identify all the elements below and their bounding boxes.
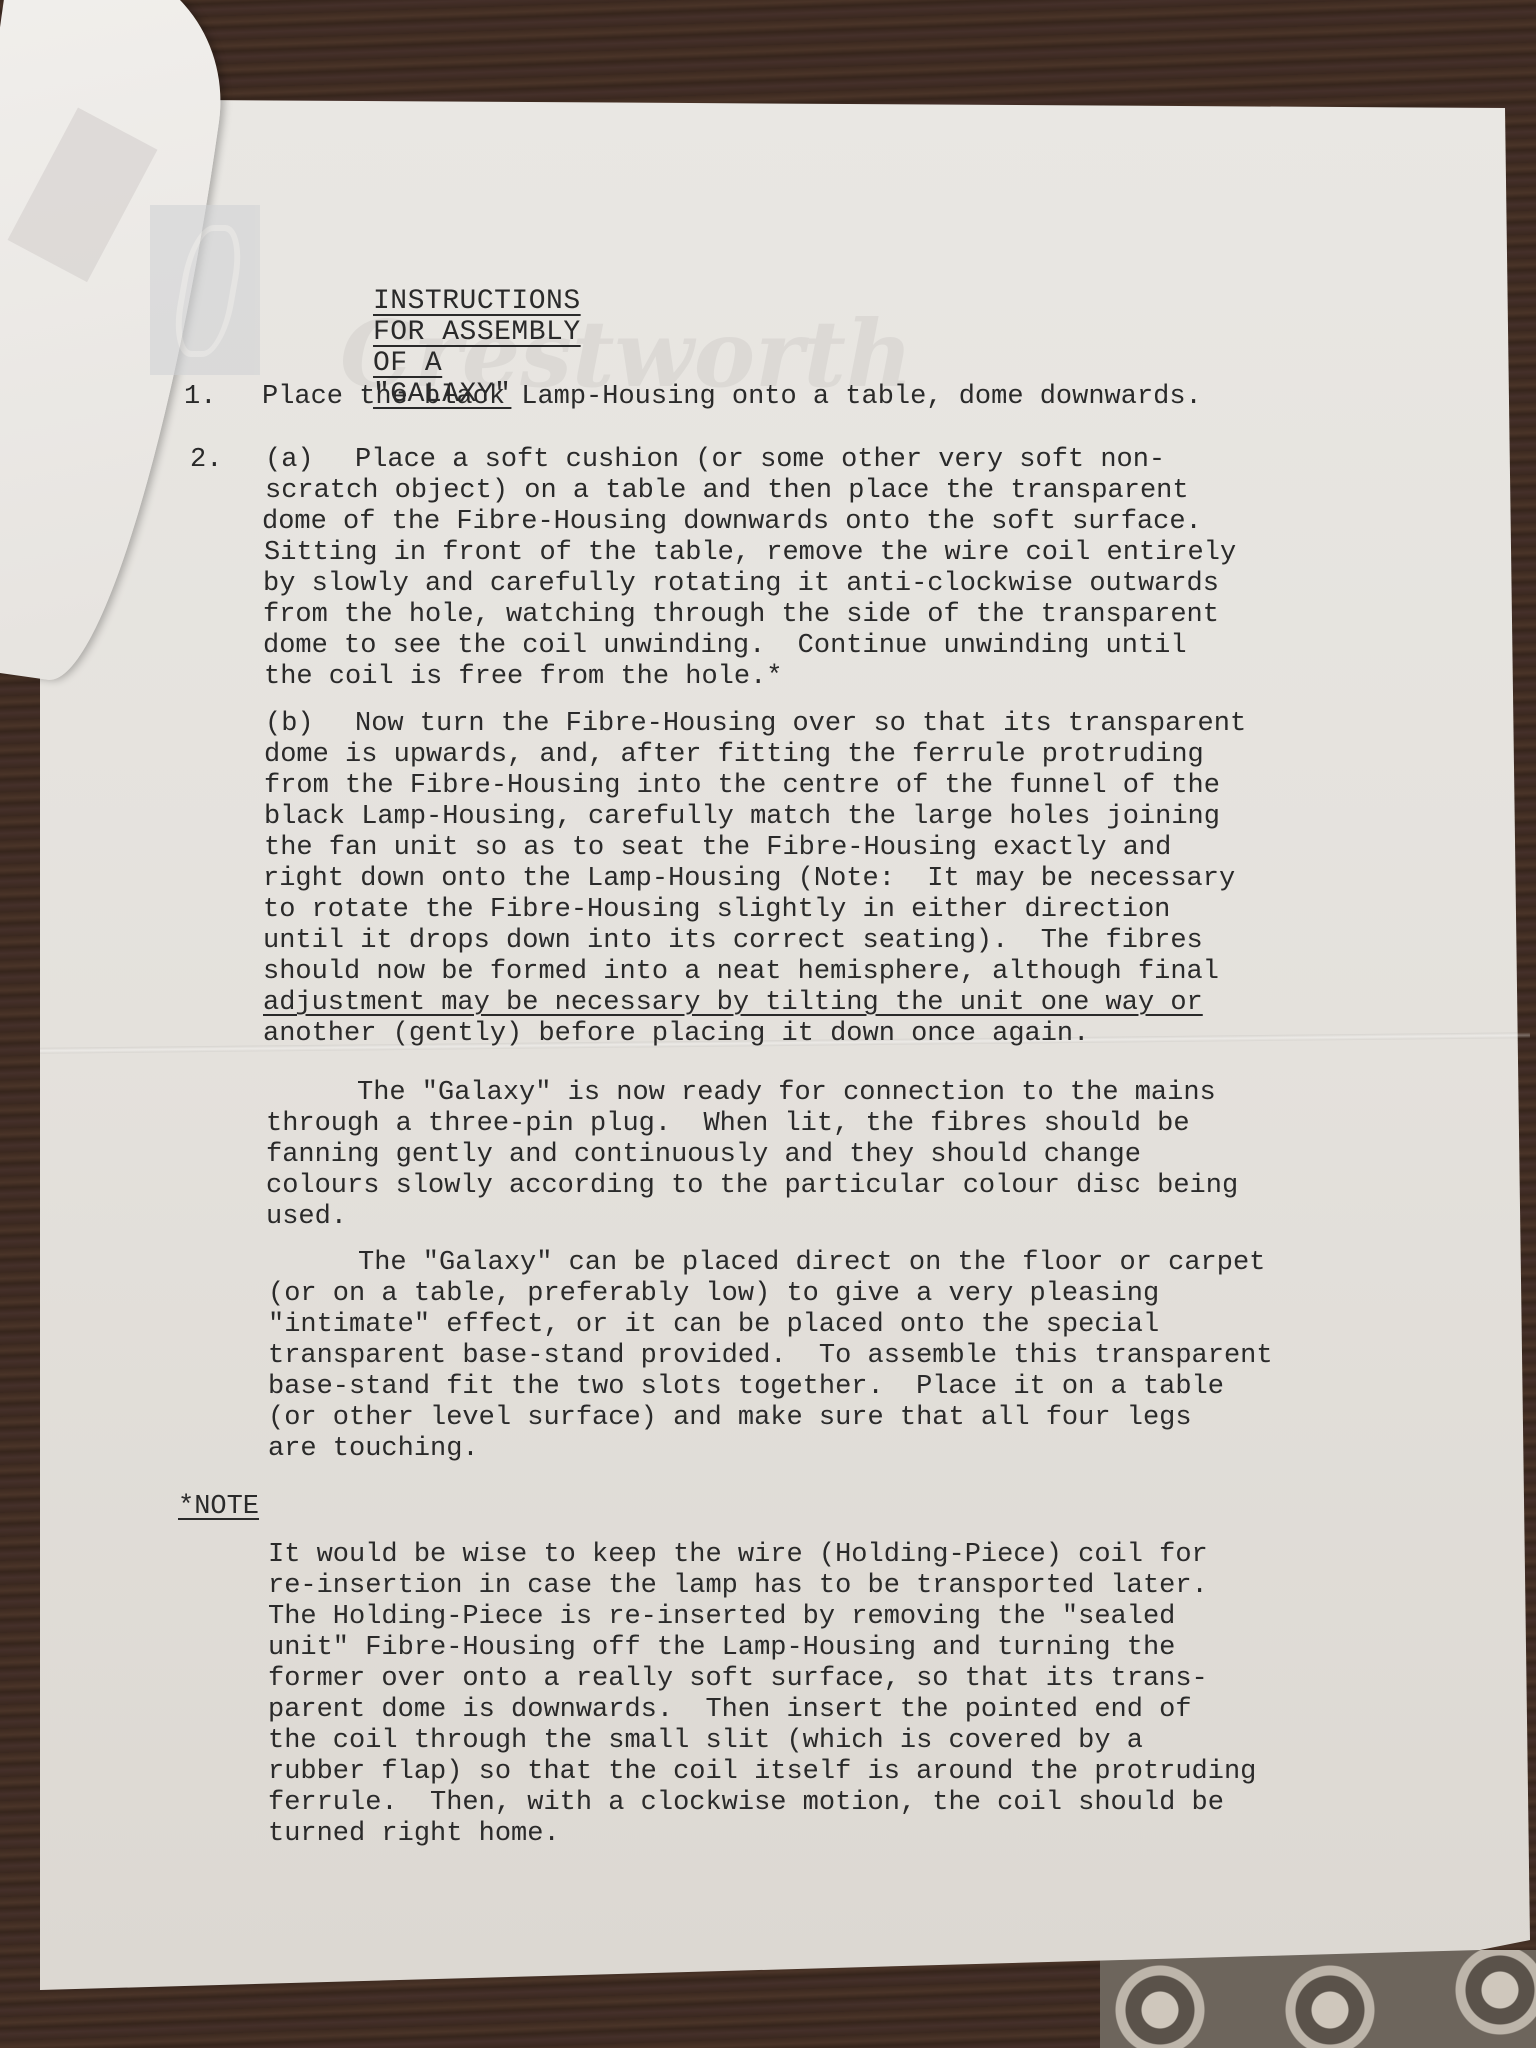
step-2a-line: dome to see the coil unwinding. Continue… — [263, 631, 1187, 662]
ready-paragraph-line: through a three-pin plug. When lit, the … — [266, 1109, 1190, 1140]
step-2a-line: from the hole, watching through the side… — [263, 600, 1219, 631]
placement-paragraph-line: (or other level surface) and make sure t… — [268, 1403, 1192, 1434]
step-2b-line: should now be formed into a neat hemisph… — [263, 957, 1219, 988]
step-number: 1. — [184, 382, 216, 413]
step-2a-line: dome of the Fibre-Housing downwards onto… — [262, 507, 1202, 538]
ready-paragraph-line: used. — [266, 1202, 347, 1233]
step-2b-line: from the Fibre-Housing into the centre o… — [264, 771, 1220, 802]
note-line: unit" Fibre-Housing off the Lamp-Housing… — [268, 1633, 1175, 1664]
step-2b-line: right down onto the Lamp-Housing (Note: … — [263, 864, 1235, 895]
step-2b-line: dome is upwards, and, after fitting the … — [264, 740, 1204, 771]
note-line: turned right home. — [268, 1819, 560, 1850]
placement-paragraph-line: are touching. — [268, 1434, 479, 1465]
step-2b-line: until it drops down into its correct sea… — [263, 926, 1203, 957]
placement-paragraph-line: transparent base-stand provided. To asse… — [268, 1341, 1273, 1372]
note-line: former over onto a really soft surface, … — [268, 1664, 1208, 1695]
step-2b-line: Now turn the Fibre-Housing over so that … — [355, 709, 1246, 740]
step-2b-line: to rotate the Fibre-Housing slightly in … — [263, 895, 1170, 926]
note-line: The Holding-Piece is re-inserted by remo… — [268, 1602, 1175, 1633]
placement-paragraph-line: base-stand fit the two slots together. P… — [268, 1372, 1224, 1403]
ready-paragraph-line: The "Galaxy" is now ready for connection… — [357, 1078, 1216, 1109]
note-line: parent dome is downwards. Then insert th… — [268, 1695, 1192, 1726]
note-line: It would be wise to keep the wire (Holdi… — [268, 1540, 1208, 1571]
note-line: rubber flap) so that the coil itself is … — [268, 1757, 1256, 1788]
step-2b-label: (b) — [265, 709, 314, 740]
floor-tiles — [1100, 1950, 1536, 2048]
note-line: the coil through the small slit (which i… — [268, 1726, 1143, 1757]
placement-paragraph-line: "intimate" effect, or it can be placed o… — [268, 1310, 1159, 1341]
step-2a-line: the coil is free from the hole.* — [264, 662, 782, 693]
step-2a-line: Sitting in front of the table, remove th… — [264, 538, 1236, 569]
step-2b-line-underlined: adjustment may be necessary by tilting t… — [263, 988, 1203, 1019]
ready-paragraph-line: colours slowly according to the particul… — [266, 1171, 1238, 1202]
step-2a-line: by slowly and carefully rotating it anti… — [263, 569, 1219, 600]
ready-paragraph-line: fanning gently and continuously and they… — [266, 1140, 1141, 1171]
step-2b-line: black Lamp-Housing, carefully match the … — [264, 802, 1220, 833]
note-line: re-insertion in case the lamp has to be … — [268, 1571, 1208, 1602]
step-number: 2. — [190, 445, 222, 476]
placement-paragraph-line: (or on a table, preferably low) to give … — [268, 1279, 1159, 1310]
step-2a-line: Place a soft cushion (or some other very… — [355, 445, 1165, 476]
back-page-logo-ghost — [8, 107, 158, 282]
step-2a-line: scratch object) on a table and then plac… — [265, 476, 1189, 507]
step-2b-line: the fan unit so as to seat the Fibre-Hou… — [264, 833, 1171, 864]
placement-paragraph-line: The "Galaxy" can be placed direct on the… — [358, 1248, 1265, 1279]
step-1-text: Place the black Lamp-Housing onto a tabl… — [262, 382, 1202, 413]
note-heading: *NOTE — [178, 1492, 259, 1523]
step-2b-line: another (gently) before placing it down … — [263, 1019, 1089, 1050]
step-2a-label: (a) — [265, 445, 314, 476]
letterhead-logo-icon — [150, 205, 260, 375]
note-line: ferrule. Then, with a clockwise motion, … — [268, 1788, 1224, 1819]
